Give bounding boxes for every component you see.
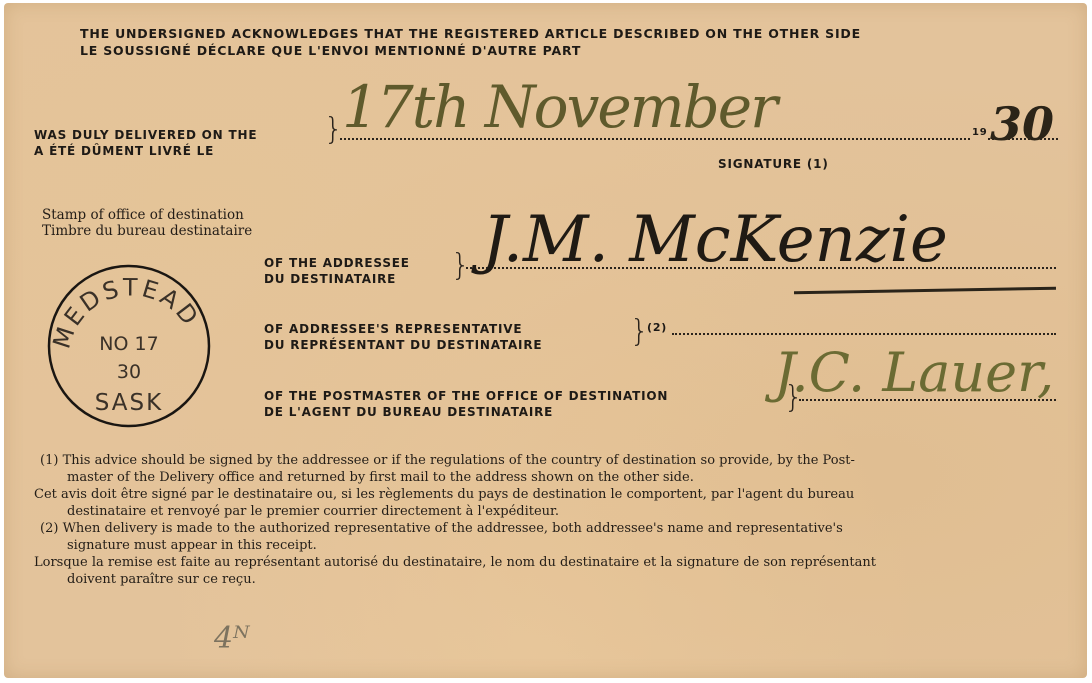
handwritten-date: 17th November	[342, 73, 776, 141]
handwritten-year: 30	[990, 97, 1054, 151]
note-text: signature must appear in this receipt.	[40, 537, 1065, 554]
addressee-label-fr: DU DESTINATAIRE	[264, 271, 410, 287]
signature-underline	[794, 287, 1056, 295]
addressee-label-en: OF THE ADDRESSEE	[264, 255, 410, 271]
note-text: master of the Delivery office and return…	[40, 469, 1065, 486]
note-marker: (1)	[40, 453, 58, 468]
postmaster-signature: J.C. Lauer,	[774, 341, 1054, 404]
pencil-note: 4ᴺ	[214, 621, 250, 656]
postmark-province: SASK	[95, 390, 163, 416]
brace: }	[451, 251, 470, 281]
note-1-en: (1) This advice should be signed by the …	[40, 452, 1065, 469]
receipt-card: THE UNDERSIGNED ACKNOWLEDGES THAT THE RE…	[4, 3, 1087, 678]
note-text: When delivery is made to the authorized …	[63, 521, 843, 536]
note-text: doivent paraître sur ce reçu.	[40, 571, 1065, 588]
postmaster-label-fr: DE L'AGENT DU BUREAU DESTINATAIRE	[264, 404, 668, 420]
header-french: LE SOUSSIGNÉ DÉCLARE QUE L'ENVOI MENTION…	[80, 42, 861, 59]
postmark-date: NO 17	[99, 333, 158, 355]
representative-signature-line	[672, 333, 1056, 335]
stamp-label-en: Stamp of office of destination	[42, 207, 252, 223]
year-prefix: 19	[972, 127, 988, 138]
postmark-year: 30	[117, 361, 141, 383]
delivery-label-en: WAS DULY DELIVERED ON THE	[34, 127, 257, 143]
addressee-signature: J.M. McKenzie	[482, 203, 948, 277]
stamp-label-fr: Timbre du bureau destinataire	[42, 223, 252, 239]
signature-heading: SIGNATURE (1)	[718, 157, 829, 171]
representative-label-fr: DU REPRÉSENTANT DU DESTINATAIRE	[264, 337, 542, 353]
delivery-label: WAS DULY DELIVERED ON THE A ÉTÉ DÛMENT L…	[34, 127, 257, 159]
representative-label: OF ADDRESSEE'S REPRESENTATIVE DU REPRÉSE…	[264, 321, 542, 353]
note-1-fr: Cet avis doit être signé par le destinat…	[34, 486, 1065, 503]
postmark-icon: MEDSTEAD NO 17 30 SASK	[34, 258, 224, 428]
footnotes: (1) This advice should be signed by the …	[40, 452, 1065, 588]
header-english: THE UNDERSIGNED ACKNOWLEDGES THAT THE RE…	[80, 25, 861, 42]
note-text: destinataire et renvoyé par le premier c…	[40, 503, 1065, 520]
header: THE UNDERSIGNED ACKNOWLEDGES THAT THE RE…	[80, 25, 861, 59]
note-text: This advice should be signed by the addr…	[63, 453, 855, 468]
representative-label-en: OF ADDRESSEE'S REPRESENTATIVE	[264, 321, 542, 337]
stamp-label: Stamp of office of destination Timbre du…	[42, 207, 252, 239]
representative-marker: (2)	[647, 321, 667, 334]
brace: }	[324, 115, 343, 145]
note-2-en: (2) When delivery is made to the authori…	[40, 520, 1065, 537]
note-marker: (2)	[40, 521, 58, 536]
delivery-label-fr: A ÉTÉ DÛMENT LIVRÉ LE	[34, 143, 257, 159]
postmaster-label: OF THE POSTMASTER OF THE OFFICE OF DESTI…	[264, 388, 668, 420]
addressee-label: OF THE ADDRESSEE DU DESTINATAIRE	[264, 255, 410, 287]
postmaster-label-en: OF THE POSTMASTER OF THE OFFICE OF DESTI…	[264, 388, 668, 404]
note-2-fr: Lorsque la remise est faite au représent…	[34, 554, 1065, 571]
